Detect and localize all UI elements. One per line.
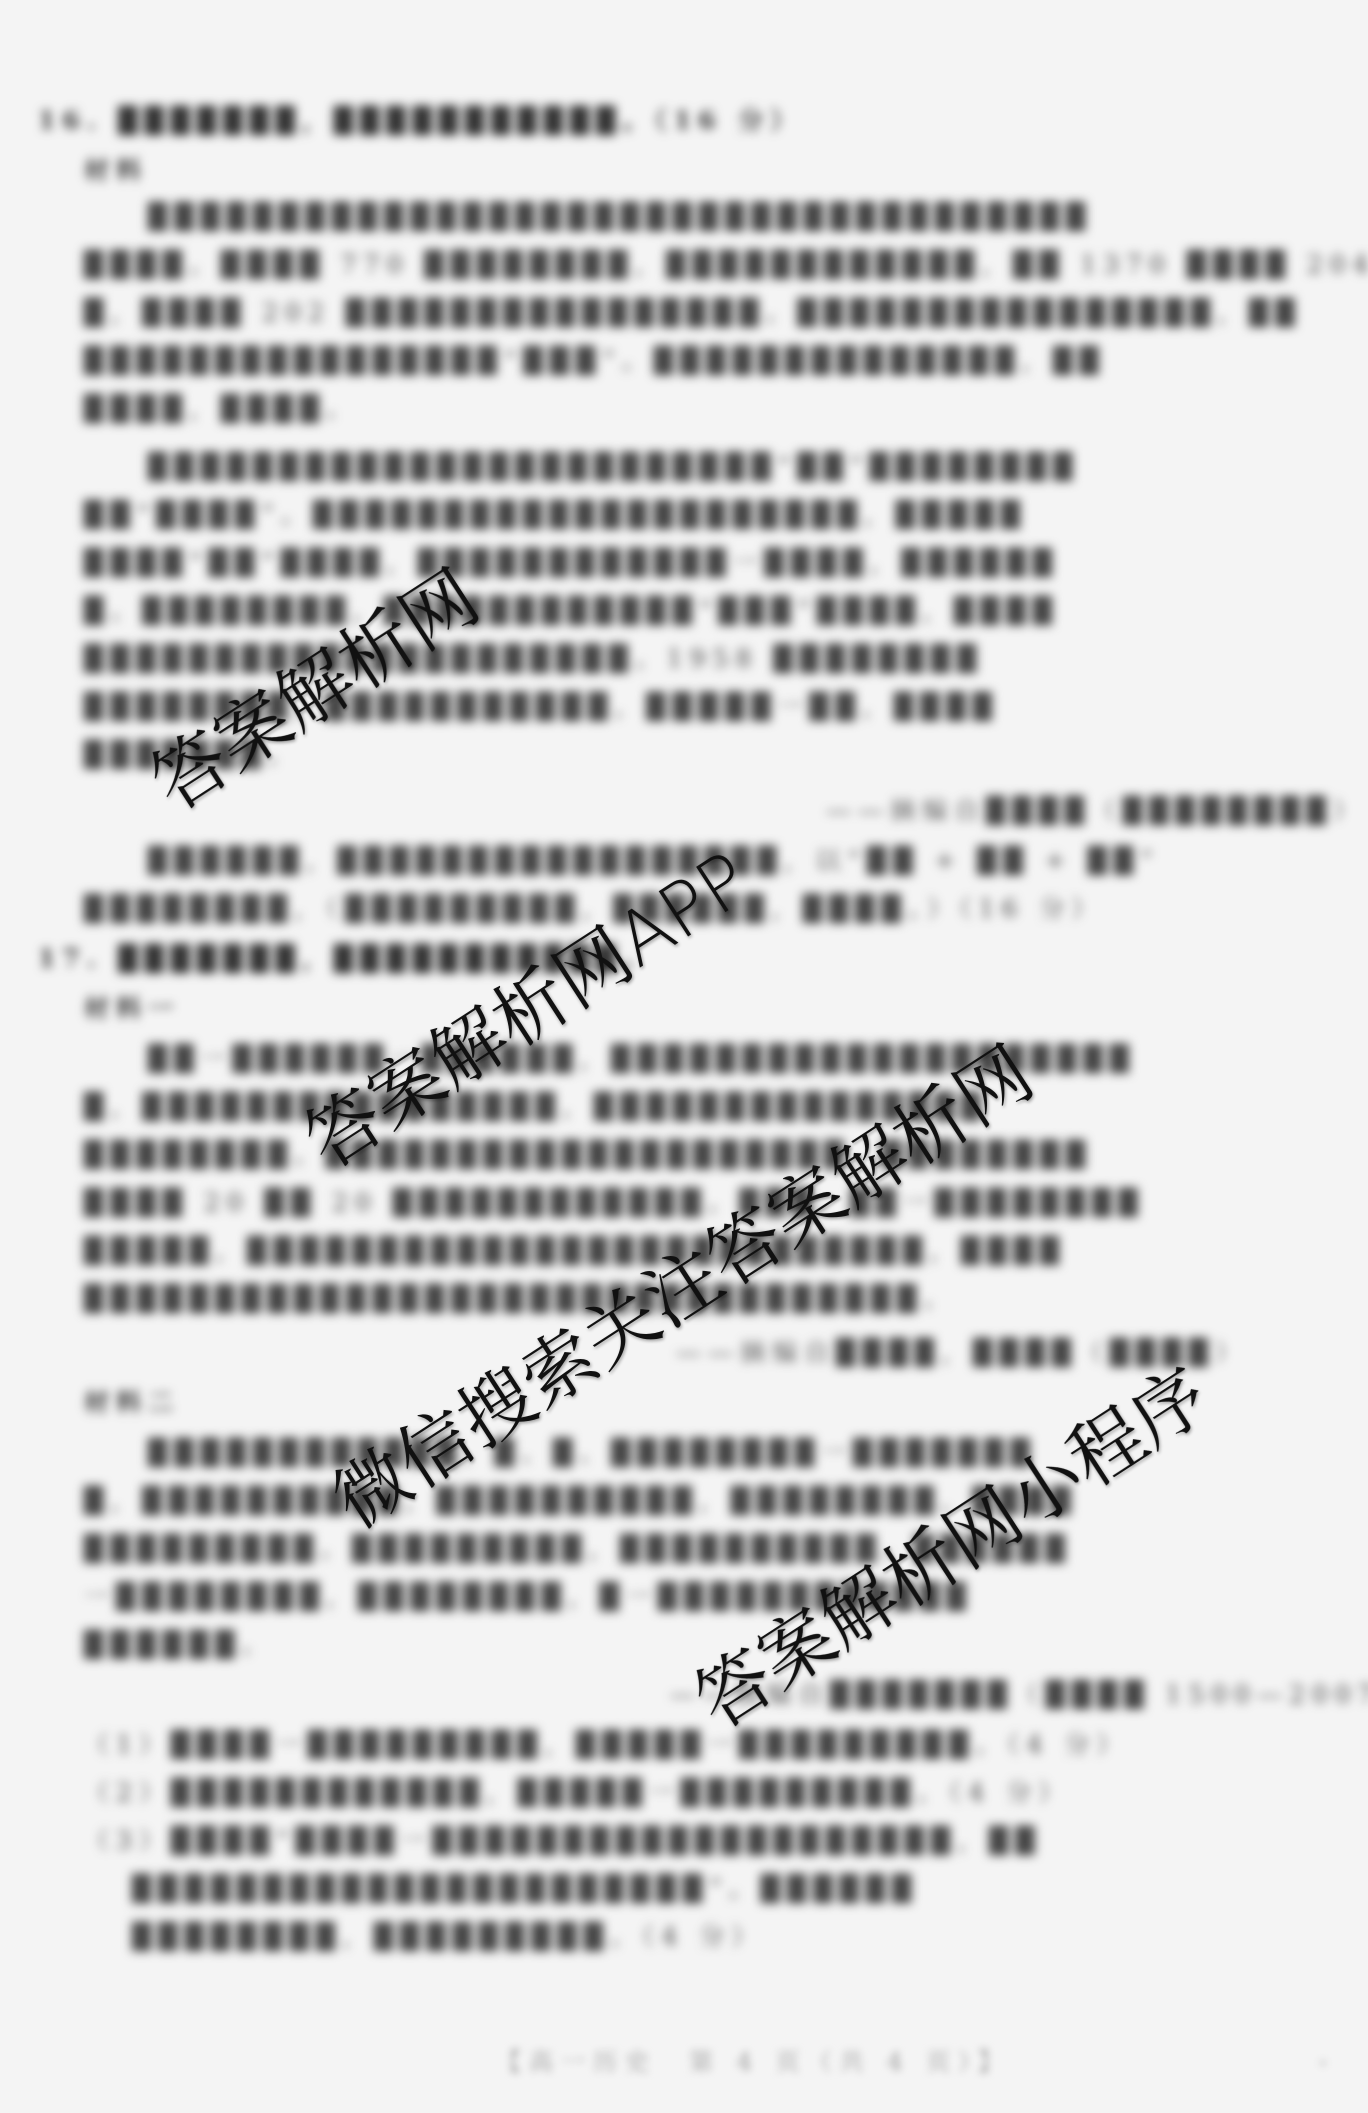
paragraph-line: ████████████████████████“██”████████ bbox=[84, 452, 1079, 482]
paragraph-line: ████████████████“███”。██████████████，██ bbox=[84, 346, 1105, 376]
sub-question: （1）████一█████████，█████一█████████。（4 分） bbox=[84, 1730, 1128, 1760]
paragraph-line: ██“████”。█████████████████████，█████ bbox=[84, 500, 1027, 530]
paragraph-line: ████████████████████████████████。 bbox=[84, 1284, 955, 1314]
paragraph-line: █，████ 202 ████████████████。████████████… bbox=[84, 298, 1301, 328]
document-page: 16. ███████，███████████。（16 分） 材料 ██████… bbox=[0, 0, 1368, 2113]
paragraph-line: ████，████。 bbox=[84, 394, 358, 424]
material-label: 材料 bbox=[84, 156, 148, 186]
paragraph-line: ████。████ 770 ████████，████████████，██ 1… bbox=[84, 250, 1368, 280]
corner-mark bbox=[1318, 2058, 1328, 2068]
paragraph-line: █████████████████████。1958 ████████ bbox=[84, 644, 983, 674]
blurred-content: 16. ███████，███████████。（16 分） 材料 ██████… bbox=[0, 0, 1368, 2113]
material-1-label: 材料一 bbox=[84, 994, 180, 1024]
paragraph-line: ████“██”████，████████████一████，██████ bbox=[84, 548, 1059, 578]
sub-question: （2）████████████，█████一█████████。（4 分） bbox=[84, 1778, 1070, 1808]
paragraph-line: ████ 20 ██ 20 ████████████。███，██一██████… bbox=[84, 1188, 1144, 1218]
sub-question: （3）████“████一████████████████████，██ bbox=[84, 1826, 1041, 1856]
paragraph-line: ██████。 bbox=[84, 1630, 273, 1660]
paragraph-line: ████████████████████████████████████ bbox=[84, 202, 1092, 232]
paragraph-line: █████，██████████████████████████，████ bbox=[84, 1236, 1066, 1266]
material-2-label: 材料二 bbox=[84, 1388, 180, 1418]
paragraph-line: █。████████，████████████“███”████，████ bbox=[84, 596, 1059, 626]
sub-question: ████████，█████████。（4 分） bbox=[132, 1922, 763, 1952]
page-footer: 【高一历史 第 4 页（共 4 页）】 bbox=[497, 2042, 1010, 2077]
source-citation: ——摘编自████（████████） bbox=[826, 796, 1365, 826]
question-16-header: 16. ███████，███████████。（16 分） bbox=[38, 106, 802, 136]
paragraph-line: ████████████，█、█、████████一███████ bbox=[84, 1438, 1037, 1468]
sub-question: ██████████████████████”。██████ bbox=[132, 1874, 918, 1904]
prompt-line: ██████，█████████████████，以“██ + ██ + ██” bbox=[84, 846, 1160, 876]
